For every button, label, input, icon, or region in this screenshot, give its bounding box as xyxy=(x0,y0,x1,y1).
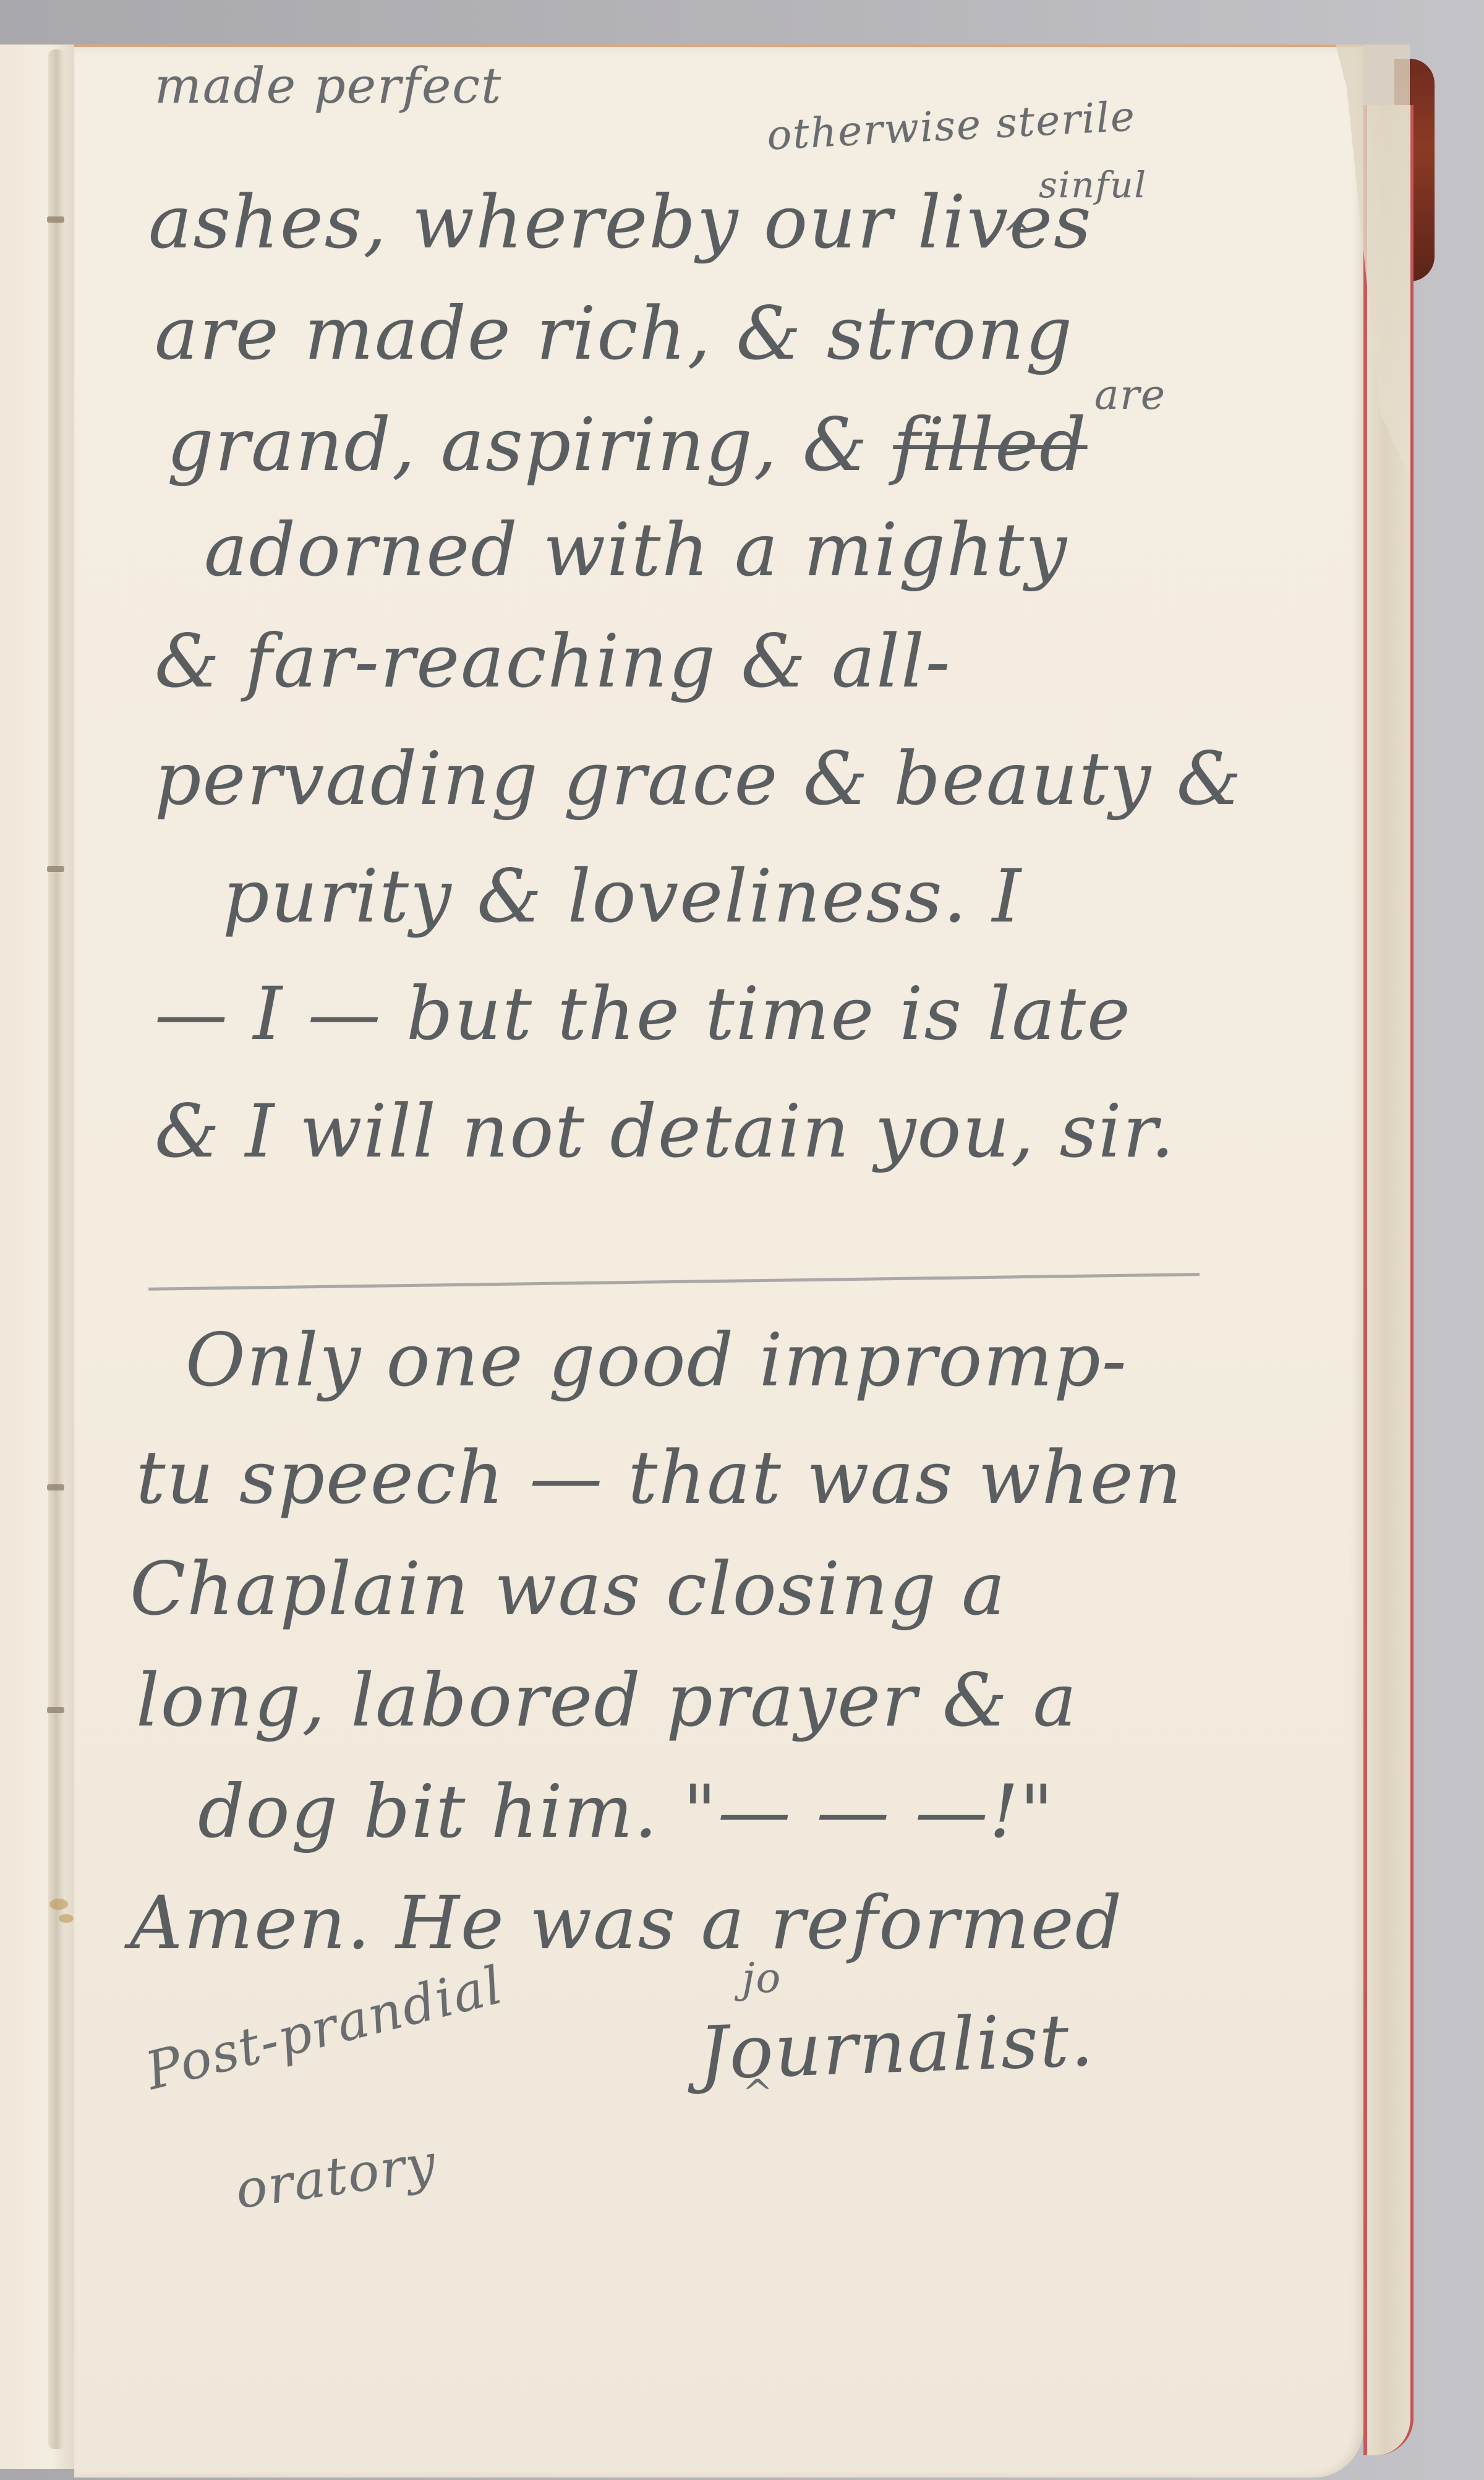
binding-gutter xyxy=(48,49,64,2449)
entry1-line-8: — I — but the time is late xyxy=(155,971,1132,1056)
binding-stitch xyxy=(47,866,64,872)
entry2-line-5: dog bit him. "— — —!" xyxy=(198,1769,1054,1854)
entry2-line-3: Chaplain was closing a xyxy=(130,1546,1006,1631)
binding-stitch xyxy=(47,1707,64,1713)
binding-stitch xyxy=(47,1484,64,1490)
entry2-line-1: Only one good impromp- xyxy=(185,1317,1128,1403)
inserted-word-are: are xyxy=(1094,371,1166,419)
insertion-caret: ^ xyxy=(742,2072,773,2115)
binding-stitch xyxy=(47,216,64,223)
entry2-line-6: Amen. He was a reformed xyxy=(130,1880,1123,1965)
entry1-line-9: & I will not detain you, sir. xyxy=(155,1088,1175,1174)
entry1-line-5: & far-reaching & all- xyxy=(155,618,952,704)
foxing-stain xyxy=(49,1899,68,1910)
entry1-line-7: purity & loveliness. I xyxy=(223,853,1022,939)
entry1-line-3: grand, aspiring, & filled xyxy=(167,402,1088,487)
entry1-line-3-text: grand, aspiring, & xyxy=(167,402,869,487)
entry1-line-4: adorned with a mighty xyxy=(204,507,1068,592)
top-fragment: made perfect xyxy=(155,57,502,114)
entry2-line-2: tu speech — that was when xyxy=(136,1435,1183,1520)
foxing-stain xyxy=(59,1914,74,1923)
entry1-line-1: ashes, whereby our lives xyxy=(148,179,1093,265)
inserted-jo: jo xyxy=(742,1954,782,2002)
entry2-line-4: long, labored prayer & a xyxy=(136,1657,1078,1743)
struck-word: filled xyxy=(893,402,1087,487)
entry1-line-6: pervading grace & beauty & xyxy=(155,736,1243,821)
entry1-line-2: are made rich, & strong xyxy=(155,291,1073,376)
